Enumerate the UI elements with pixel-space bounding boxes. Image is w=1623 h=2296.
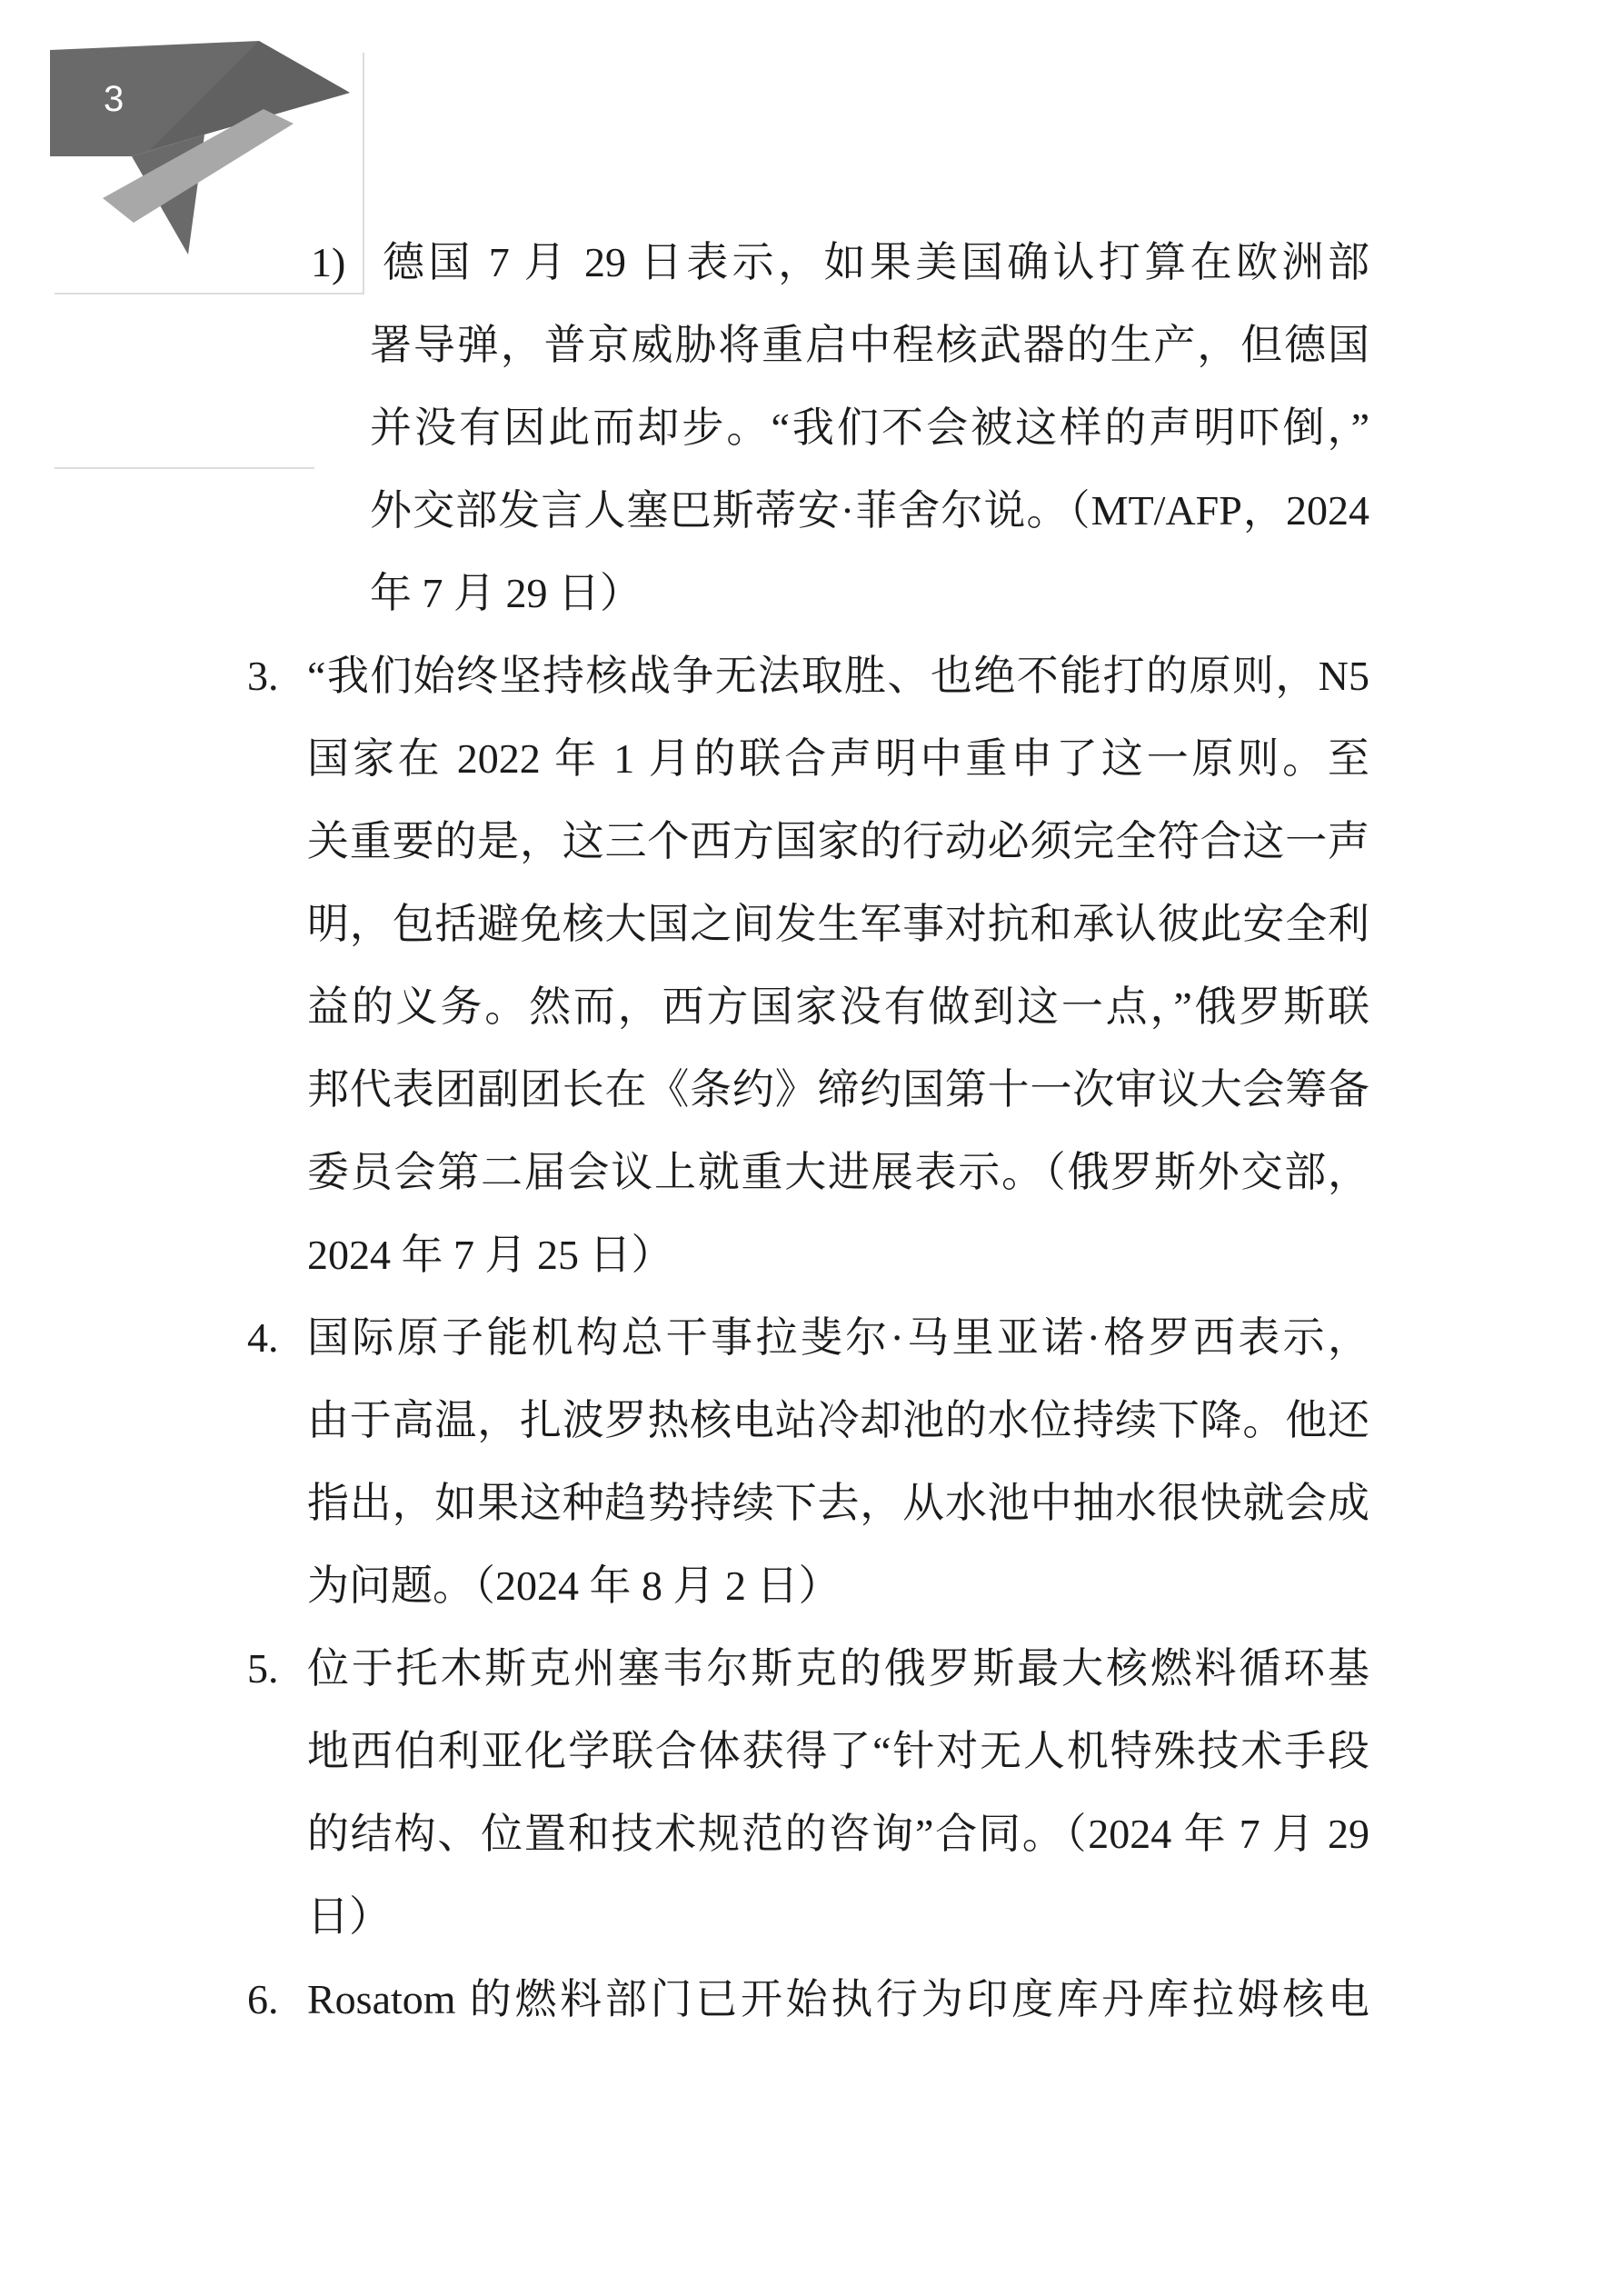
text-line: 关重要的是，这三个西方国家的行动必须完全符合这一声 — [307, 800, 1369, 883]
page-number: 3 — [104, 79, 124, 119]
list-item-5: 5.位于托木斯克州塞韦尔斯克的俄罗斯最大核燃料循环基地西伯利亚化学联合体获得了“… — [0, 1627, 1623, 1958]
text-line: 国际原子能机构总干事拉斐尔·马里亚诺·格罗西表示， — [307, 1296, 1369, 1379]
text-line: Rosatom 的燃料部门已开始执行为印度库丹库拉姆核电 — [307, 1958, 1369, 2041]
list-item-marker: 4. — [247, 1296, 279, 1379]
text-line: 邦代表团副团长在《条约》缔约国第十一次审议大会筹备 — [307, 1048, 1369, 1131]
text-line: 2024 年 7 月 25 日） — [307, 1213, 1369, 1296]
text-line: 署导弹，普京威胁将重启中程核武器的生产，但德国 — [370, 304, 1369, 386]
text-line: 日） — [307, 1875, 1369, 1958]
text-line: 外交部发言人塞巴斯蒂安·菲舍尔说。（MT/AFP，2024 — [370, 469, 1369, 552]
text-line: 的结构、位置和技术规范的咨询”合同。（2024 年 7 月 29 — [307, 1792, 1369, 1875]
list-item-4: 4.国际原子能机构总干事拉斐尔·马里亚诺·格罗西表示，由于高温，扎波罗热核电站冷… — [0, 1296, 1623, 1627]
list-item-6: 6.Rosatom 的燃料部门已开始执行为印度库丹库拉姆核电 — [0, 1958, 1623, 2041]
text-line: 并没有因此而却步。“我们不会被这样的声明吓倒，” — [370, 386, 1369, 469]
text-line: 为问题。（2024 年 8 月 2 日） — [307, 1544, 1369, 1627]
list-item-marker: 6. — [247, 1958, 279, 2041]
text-line: 地西伯利亚化学联合体获得了“针对无人机特殊技术手段 — [307, 1710, 1369, 1792]
list-item-marker: 3. — [247, 634, 279, 717]
text-line: 指出，如果这种趋势持续下去，从水池中抽水很快就会成 — [307, 1462, 1369, 1544]
list-item-3: 3.“我们始终坚持核战争无法取胜、也绝不能打的原则，N5国家在 2022 年 1… — [0, 634, 1623, 1296]
list-item-text: 位于托木斯克州塞韦尔斯克的俄罗斯最大核燃料循环基地西伯利亚化学联合体获得了“针对… — [307, 1627, 1369, 1958]
list-item-marker: 1) — [311, 221, 345, 304]
list-item-text: “我们始终坚持核战争无法取胜、也绝不能打的原则，N5国家在 2022 年 1 月… — [307, 634, 1369, 1296]
text-line: 年 7 月 29 日） — [370, 552, 1369, 634]
text-line: 由于高温，扎波罗热核电站冷却池的水位持续下降。他还 — [307, 1379, 1369, 1462]
list-item-1: 1)德国 7 月 29 日表示，如果美国确认打算在欧洲部署导弹，普京威胁将重启中… — [0, 221, 1623, 634]
content-area: 1)德国 7 月 29 日表示，如果美国确认打算在欧洲部署导弹，普京威胁将重启中… — [0, 221, 1623, 2041]
list-item-marker: 5. — [247, 1627, 279, 1710]
text-line: 德国 7 月 29 日表示，如果美国确认打算在欧洲部 — [370, 221, 1369, 304]
text-line: 国家在 2022 年 1 月的联合声明中重申了这一原则。至 — [307, 717, 1369, 800]
text-line: 位于托木斯克州塞韦尔斯克的俄罗斯最大核燃料循环基 — [307, 1627, 1369, 1710]
text-line: 明，包括避免核大国之间发生军事对抗和承认彼此安全利 — [307, 883, 1369, 965]
text-line: “我们始终坚持核战争无法取胜、也绝不能打的原则，N5 — [307, 634, 1369, 717]
list-item-text: 德国 7 月 29 日表示，如果美国确认打算在欧洲部署导弹，普京威胁将重启中程核… — [370, 221, 1369, 634]
text-line: 委员会第二届会议上就重大进展表示。（俄罗斯外交部， — [307, 1131, 1369, 1213]
list-item-text: 国际原子能机构总干事拉斐尔·马里亚诺·格罗西表示，由于高温，扎波罗热核电站冷却池… — [307, 1296, 1369, 1627]
list-item-text: Rosatom 的燃料部门已开始执行为印度库丹库拉姆核电 — [307, 1958, 1369, 2041]
text-line: 益的义务。然而，西方国家没有做到这一点，”俄罗斯联 — [307, 965, 1369, 1048]
